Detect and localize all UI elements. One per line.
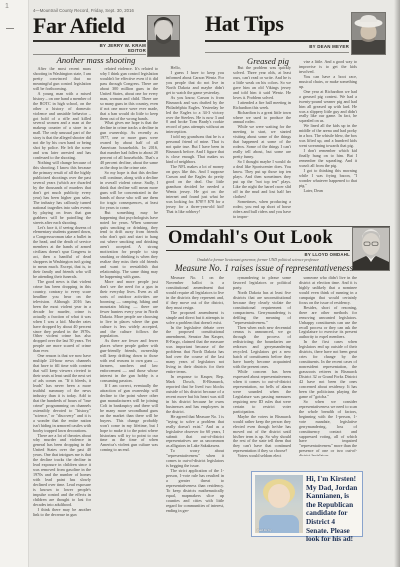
newspaper-page: 1 — 4—Mountrail County Record, Friday, S… [0,0,400,567]
campaign-ad: Paid for by Hi, I'm Kirsten! My Dad, Jor… [251,471,363,537]
byline-role: EDITOR [128,48,146,53]
hat-tips-rule [205,40,349,42]
omdahl-credit-line: Omdahl a former lieutenant governor, for… [166,258,350,262]
far-afield-title: Far Afield [33,13,125,39]
hat-tips-subhead: Greased pig [230,56,306,66]
omdahl-byline: BY LLOYD OMDAHL [250,252,350,257]
hat-tips-column-2: But the problem was quickly solved. Thre… [233,66,291,226]
photo-face [268,484,290,508]
hat-tips-column-1: Hello,I guess I have to keep you informe… [166,66,224,224]
dean-meyer-portrait [352,13,385,54]
jerry-kram-photo [147,15,180,57]
scan-left-margin: 1 — [0,0,29,567]
far-afield-column-1: After the most recent mass shooting in W… [33,67,91,533]
omdahl-column-2: rymandering to please some favored legis… [233,276,291,463]
omdahl-column-1: Measure No. 1 on the November ballot is … [166,276,224,544]
far-afield-rule [33,40,146,42]
byline-name: BY JERRY W. KRAM [100,43,146,48]
kirsten-photo: Paid for by [255,475,303,533]
far-afield-byline: BY JERRY W. KRAM EDITOR [78,43,146,54]
far-afield-subhead: Another mass shooting [33,55,159,65]
hat-tips-thin-rule [205,52,349,53]
omdahl-title: Omdahl's Out Look [168,228,333,249]
jerry-kram-portrait [148,16,179,56]
hat-tips-byline: BY DEAN MEYER [280,44,349,49]
dean-meyer-photo [351,12,386,55]
hat-tips-title: Hat Tips [205,11,284,37]
scan-edge-shadow [394,0,400,567]
ad-disclaimer: Paid for by [257,528,271,532]
omdahl-subhead: Measure No. 1 raises issue of representa… [164,263,364,273]
far-afield-column-2: related violence. It's related to why I … [100,67,158,533]
ad-text: Hi, I'm Kirsten! My Dad, Jordan Kanniane… [306,475,359,533]
omdahl-column-3: someone who didn't live in the district … [299,276,357,456]
margin-mark: 1 [5,3,9,10]
margin-mark: — [6,24,14,33]
hat-tips-column-3: vise a little. And a good way to improvi… [299,60,357,226]
